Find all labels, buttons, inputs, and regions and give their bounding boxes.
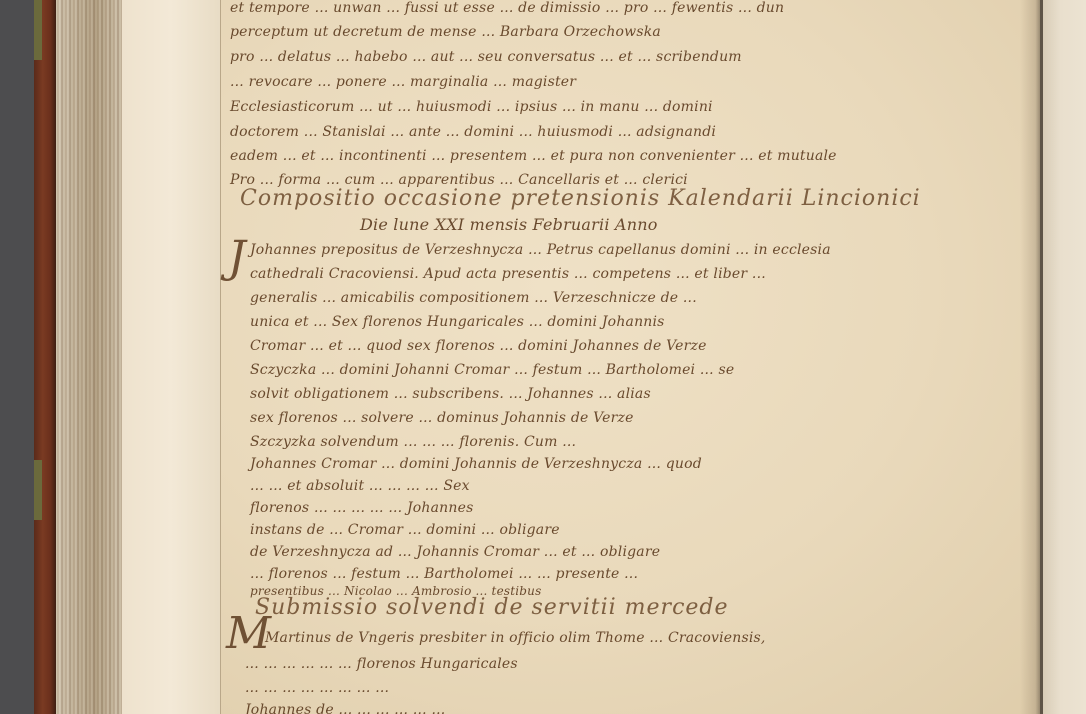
text-line: Cromar ... et ... quod sex florenos ... …: [250, 338, 707, 354]
text-line: Ecclesiasticorum ... ut ... huiusmodi ..…: [230, 99, 713, 115]
facing-page: [1043, 0, 1086, 714]
initial-letter-j: J: [228, 232, 246, 283]
text-line: pro ... delatus ... habebo ... aut ... s…: [230, 49, 742, 65]
text-line: ... ... ... ... ... ... ... ...: [245, 680, 389, 696]
text-line: ... florenos ... festum ... Bartholomei …: [250, 566, 638, 582]
leather-binding: [34, 0, 56, 714]
text-line: cathedrali Cracoviensi. Apud acta presen…: [250, 266, 766, 282]
text-line: generalis ... amicabilis compositionem .…: [250, 290, 697, 306]
text-line: sex florenos ... solvere ... dominus Joh…: [250, 410, 634, 426]
entry-dateline: Die lune XXI mensis Februarii Anno: [360, 215, 658, 234]
text-line: doctorem ... Stanislai ... ante ... domi…: [230, 124, 716, 140]
text-line: ... revocare ... ponere ... marginalia .…: [230, 74, 576, 90]
text-line: Sczyczka ... domini Johanni Cromar ... f…: [250, 362, 734, 378]
text-line: et tempore ... unwan ... fussi ut esse .…: [230, 0, 784, 16]
text-line: ... ... ... ... ... ... florenos Hungari…: [245, 656, 518, 672]
text-line: Johannes prepositus de Verzeshnycza ... …: [250, 242, 831, 258]
entry-heading: Submissio solvendi de servitii mercede: [255, 595, 729, 620]
text-line: instans de ... Cromar ... domini ... obl…: [250, 522, 560, 538]
binding-clasp: [34, 460, 42, 520]
text-line: Johannes Cromar ... domini Johannis de V…: [250, 456, 702, 472]
text-line: solvit obligationem ... subscribens. ...…: [250, 386, 651, 402]
text-line: perceptum ut decretum de mense ... Barba…: [230, 24, 661, 40]
entry-heading: Compositio occasione pretensionis Kalend…: [240, 186, 921, 211]
text-line: Martinus de Vngeris presbiter in officio…: [265, 630, 766, 646]
page-edges: [56, 0, 122, 714]
text-line: ... ... et absoluit ... ... ... ... Sex: [250, 478, 470, 494]
blank-margin-leaf: [122, 0, 220, 714]
text-line: eadem ... et ... incontinenti ... presen…: [230, 148, 837, 164]
text-line: unica et ... Sex florenos Hungaricales .…: [250, 314, 665, 330]
gutter-shadow: [1020, 0, 1042, 714]
text-line: florenos ... ... ... ... ... Johannes: [250, 500, 473, 516]
text-line: Johannes de ... ... ... ... ... ...: [245, 702, 445, 714]
binding-clasp: [34, 0, 42, 60]
text-line: Szczyzka solvendum ... ... ... florenis.…: [250, 434, 576, 450]
text-line: de Verzeshnycza ad ... Johannis Cromar .…: [250, 544, 660, 560]
photo-backdrop: [0, 0, 34, 714]
